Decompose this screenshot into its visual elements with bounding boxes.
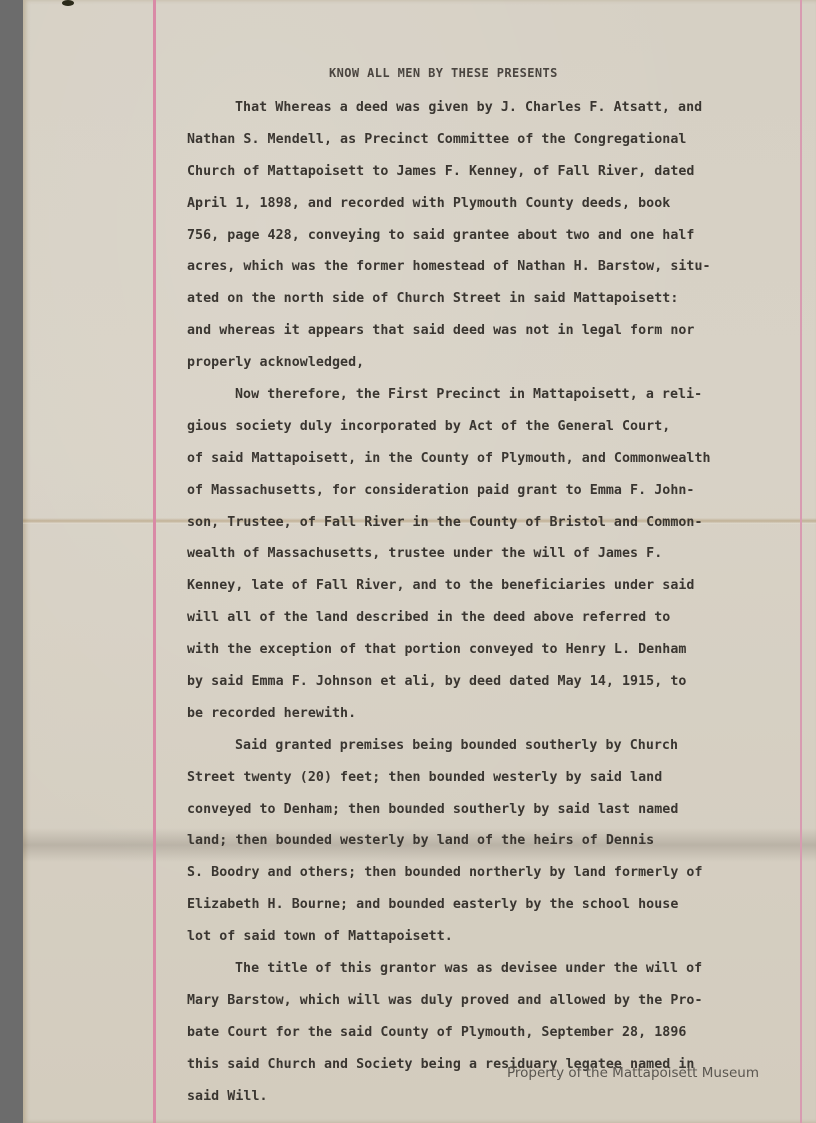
left-margin-line [153,0,156,1123]
deed-text: KNOW ALL MEN BY THESE PRESENTS That Wher… [187,62,807,1113]
text-line: April 1, 1898, and recorded with Plymout… [187,188,807,220]
text-line: The title of this grantor was as devisee… [187,953,807,985]
text-line: said Will. [187,1081,807,1113]
text-line: properly acknowledged, [187,347,807,379]
text-line: bate Court for the said County of Plymou… [187,1017,807,1049]
text-line: Said granted premises being bounded sout… [187,730,807,762]
scanned-document: KNOW ALL MEN BY THESE PRESENTS That Wher… [0,0,816,1123]
text-line: conveyed to Denham; then bounded souther… [187,794,807,826]
museum-watermark: Property of the Mattapoisett Museum [507,1065,759,1081]
text-line: Nathan S. Mendell, as Precinct Committee… [187,124,807,156]
text-line: gious society duly incorporated by Act o… [187,411,807,443]
text-line: S. Boodry and others; then bounded north… [187,857,807,889]
text-line: acres, which was the former homestead of… [187,251,807,283]
text-line: Kenney, late of Fall River, and to the b… [187,570,807,602]
text-line: will all of the land described in the de… [187,602,807,634]
text-line: 756, page 428, conveying to said grantee… [187,220,807,252]
text-line: Mary Barstow, which will was duly proved… [187,985,807,1017]
paragraph-grant: Now therefore, the First Precinct in Mat… [187,379,807,730]
text-line: Elizabeth H. Bourne; and bounded easterl… [187,889,807,921]
text-line: lot of said town of Mattapoisett. [187,921,807,953]
ink-stain [62,0,74,6]
paragraph-boundaries: Said granted premises being bounded sout… [187,730,807,953]
text-line: land; then bounded westerly by land of t… [187,825,807,857]
text-line: be recorded herewith. [187,698,807,730]
text-line: and whereas it appears that said deed wa… [187,315,807,347]
paragraph-whereas: That Whereas a deed was given by J. Char… [187,92,807,379]
document-heading: KNOW ALL MEN BY THESE PRESENTS [187,62,807,92]
text-line: of said Mattapoisett, in the County of P… [187,443,807,475]
paragraph-title: The title of this grantor was as devisee… [187,953,807,1112]
text-line: of Massachusetts, for consideration paid… [187,475,807,507]
text-line: wealth of Massachusetts, trustee under t… [187,538,807,570]
text-line: by said Emma F. Johnson et ali, by deed … [187,666,807,698]
text-line: Church of Mattapoisett to James F. Kenne… [187,156,807,188]
text-line: That Whereas a deed was given by J. Char… [187,92,807,124]
text-line: with the exception of that portion conve… [187,634,807,666]
text-line: Now therefore, the First Precinct in Mat… [187,379,807,411]
text-line: son, Trustee, of Fall River in the Count… [187,507,807,539]
text-line: Street twenty (20) feet; then bounded we… [187,762,807,794]
text-line: ated on the north side of Church Street … [187,283,807,315]
